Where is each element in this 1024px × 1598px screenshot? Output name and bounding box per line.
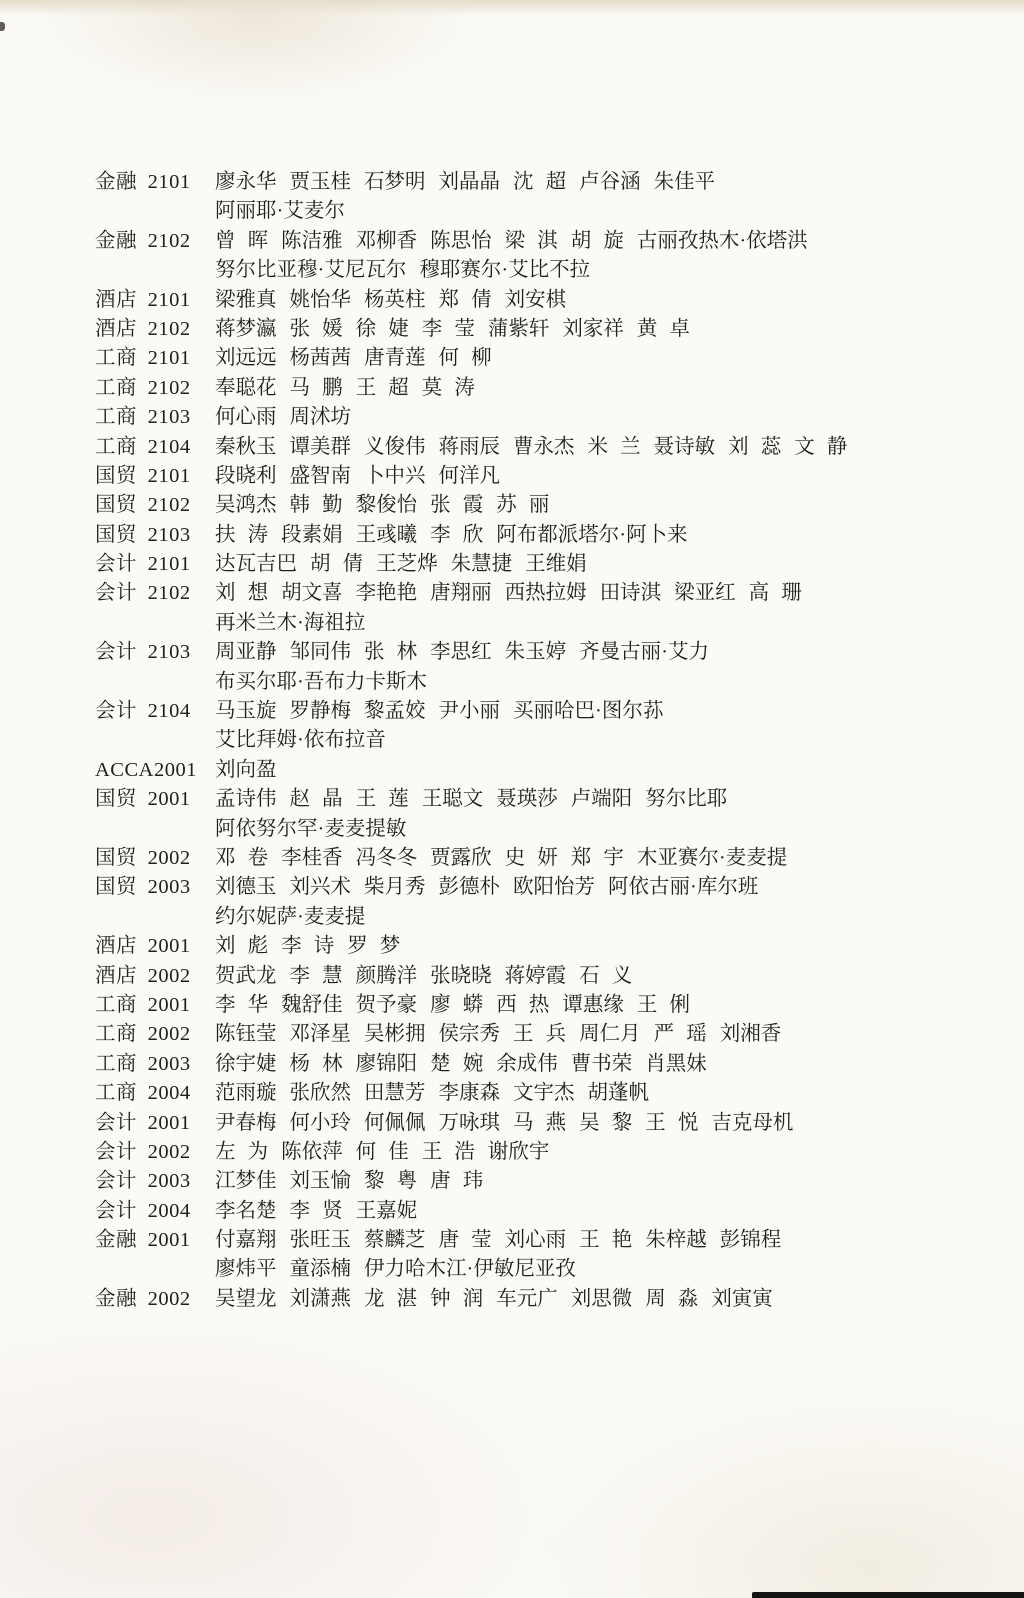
student-name: 石梦明 <box>364 171 426 193</box>
student-names: 阿依努尔罕·麦麦提敏 <box>215 815 419 844</box>
student-name: 刘远远 <box>215 347 277 369</box>
student-name: 李思红 <box>430 641 492 663</box>
student-name: 刘 蕊 <box>728 436 781 458</box>
class-label: 会计 2002 <box>95 1138 215 1167</box>
student-name: 田诗淇 <box>600 582 662 604</box>
class-label: 工商 2001 <box>95 991 215 1020</box>
roster-line: 约尔妮萨·麦麦提 <box>95 903 1004 932</box>
student-name: 再米兰木·海祖拉 <box>215 612 365 634</box>
student-name: 马 燕 <box>513 1112 566 1134</box>
student-names: 约尔妮萨·麦麦提 <box>215 903 378 932</box>
student-name: 姚怡华 <box>290 289 352 311</box>
student-name: 谭惠缘 <box>562 994 624 1016</box>
student-names: 刘远远杨茜茜唐青莲何 柳 <box>215 344 505 373</box>
student-name: 冯冬冬 <box>356 847 418 869</box>
roster-line: 工商 2104 秦秋玉谭美群义俊伟蒋雨辰曹永杰米 兰聂诗敏刘 蕊文 静 <box>95 433 1004 462</box>
student-name: 周仁月 <box>579 1023 641 1045</box>
student-name: 马玉旋 <box>215 700 277 722</box>
student-names: 贺武龙李 慧颜腾洋张晓晓蒋婷霞石 义 <box>215 962 645 991</box>
student-name: 聂瑛莎 <box>496 788 558 810</box>
student-name: 卢端阳 <box>571 788 633 810</box>
class-label: 会计 2102 <box>95 579 215 608</box>
student-name: 刘湘香 <box>720 1023 782 1045</box>
student-name: 阿布都派塔尔·阿卜来 <box>496 524 687 546</box>
student-name: 陈思怡 <box>430 230 492 252</box>
roster-line: 酒店 2101 梁雅真姚怡华杨英柱郑 倩刘安棋 <box>95 286 1004 315</box>
roster-line: 努尔比亚穆·艾尼瓦尔穆耶赛尔·艾比不拉 <box>95 256 1004 285</box>
student-name: 田慧芳 <box>364 1082 426 1104</box>
student-name: 廖炜平 <box>215 1258 277 1280</box>
student-name: 吴望龙 <box>215 1288 277 1310</box>
student-name: 胡蓬帆 <box>588 1082 650 1104</box>
student-name: 刘潇燕 <box>290 1288 352 1310</box>
class-label: 金融 2101 <box>95 168 215 197</box>
student-name: 余成伟 <box>496 1053 558 1075</box>
class-label <box>95 256 215 285</box>
student-names: 刘向盈 <box>215 756 290 785</box>
scanned-page: 金融 2101 廖永华贾玉桂石梦明刘晶晶沈 超卢谷涵朱佳平 阿丽耶·艾麦尔 金融… <box>0 0 1024 1598</box>
student-names: 达瓦吉巴胡 倩王芝烨朱慧捷王维娟 <box>215 550 600 579</box>
class-roster-list: 金融 2101 廖永华贾玉桂石梦明刘晶晶沈 超卢谷涵朱佳平 阿丽耶·艾麦尔 金融… <box>95 168 1004 1314</box>
student-name: 刘寅寅 <box>711 1288 773 1310</box>
student-name: 廖锦阳 <box>356 1053 418 1075</box>
student-name: 义俊伟 <box>364 436 426 458</box>
student-name: 左 为 <box>215 1141 268 1163</box>
roster-line: 国贸 2002 邓 卷李桂香冯冬冬贾露欣史 妍郑 宇木亚赛尔·麦麦提 <box>95 844 1004 873</box>
student-name: 吴鸿杰 <box>215 494 277 516</box>
student-name: 陈依萍 <box>281 1141 343 1163</box>
student-name: 刘向盈 <box>215 759 277 781</box>
student-name: 肖黑妹 <box>645 1053 707 1075</box>
student-name: 木亚赛尔·麦麦提 <box>637 847 787 869</box>
student-name: 童添楠 <box>290 1258 352 1280</box>
student-names: 曾 晖陈洁雅邓柳香陈思怡梁 淇胡 旋古丽孜热木·依塔洪 <box>215 227 821 256</box>
student-name: 何小玲 <box>290 1112 352 1134</box>
roster-line: 金融 2001 付嘉翔张旺玉蔡麟芝唐 莹刘心雨王 艳朱梓越彭锦程 <box>95 1226 1004 1255</box>
roster-line: 会计 2102 刘 想胡文喜李艳艳唐翔丽西热拉姆田诗淇梁亚红高 珊 <box>95 579 1004 608</box>
student-name: 王嘉妮 <box>356 1200 418 1222</box>
student-name: 努尔比亚穆·艾尼瓦尔 <box>215 259 406 281</box>
student-names: 周亚静邹同伟张 林李思红朱玉婷齐曼古丽·艾力 <box>215 638 722 667</box>
class-label: 国贸 2002 <box>95 844 215 873</box>
student-name: 史 妍 <box>505 847 558 869</box>
student-name: 黎孟姣 <box>364 700 426 722</box>
student-name: 文 静 <box>794 436 847 458</box>
student-names: 布买尔耶·吾布力卡斯木 <box>215 668 440 697</box>
student-name: 柴月秀 <box>364 876 426 898</box>
roster-line: 艾比拜姆·依布拉音 <box>95 726 1004 755</box>
student-name: 唐青莲 <box>364 347 426 369</box>
roster-line: 酒店 2102 蒋梦瀛张 媛徐 婕李 莹蒲紫轩刘家祥黄 卓 <box>95 315 1004 344</box>
roster-line: 国贸 2102 吴鸿杰韩 勤黎俊怡张 霞苏 丽 <box>95 491 1004 520</box>
student-name: 唐 玮 <box>430 1170 483 1192</box>
student-name: 刘晶晶 <box>439 171 501 193</box>
class-label: 工商 2101 <box>95 344 215 373</box>
student-name: 布买尔耶·吾布力卡斯木 <box>215 671 427 693</box>
roster-line: 金融 2101 廖永华贾玉桂石梦明刘晶晶沈 超卢谷涵朱佳平 <box>95 168 1004 197</box>
student-name: 盛智南 <box>290 465 352 487</box>
student-name: 蒋雨辰 <box>439 436 501 458</box>
student-name: 吉克母机 <box>711 1112 793 1134</box>
student-name: 李桂香 <box>281 847 343 869</box>
class-label: 酒店 2001 <box>95 932 215 961</box>
student-name: 扶 涛 <box>215 524 268 546</box>
student-name: 邓泽星 <box>290 1023 352 1045</box>
scan-speck-artifact <box>0 22 5 31</box>
student-name: 贾玉桂 <box>290 171 352 193</box>
student-name: 朱玉婷 <box>505 641 567 663</box>
student-name: 阿依古丽·库尔班 <box>608 876 758 898</box>
student-name: 刘兴术 <box>290 876 352 898</box>
student-name: 朱佳平 <box>654 171 716 193</box>
class-label <box>95 726 215 755</box>
student-name: 廖 蟒 <box>430 994 483 1016</box>
student-name: 何 佳 <box>356 1141 409 1163</box>
class-label: 国贸 2001 <box>95 785 215 814</box>
student-name: 王维娟 <box>525 553 587 575</box>
roster-line: 工商 2102 奉聪花马 鹏王 超莫 涛 <box>95 374 1004 403</box>
roster-line: 会计 2001 尹春梅何小玲何佩佩万咏琪马 燕吴 黎王 悦吉克母机 <box>95 1109 1004 1138</box>
student-name: 彭锦程 <box>720 1229 782 1251</box>
student-name: 廖永华 <box>215 171 277 193</box>
student-name: 曾 晖 <box>215 230 268 252</box>
student-name: 王 莲 <box>356 788 409 810</box>
roster-line: 会计 2104 马玉旋罗静梅黎孟姣尹小丽买丽哈巴·图尔荪 <box>95 697 1004 726</box>
class-label: 国贸 2003 <box>95 873 215 902</box>
student-names: 廖永华贾玉桂石梦明刘晶晶沈 超卢谷涵朱佳平 <box>215 168 728 197</box>
student-name: 卢谷涵 <box>579 171 641 193</box>
class-label <box>95 668 215 697</box>
class-label: ACCA2001 <box>95 756 215 785</box>
roster-line: 廖炜平童添楠伊力哈木江·伊敏尼亚孜 <box>95 1255 1004 1284</box>
student-name: 苏 丽 <box>496 494 549 516</box>
student-name: 尹春梅 <box>215 1112 277 1134</box>
student-name: 莫 涛 <box>422 377 475 399</box>
student-name: 胡 旋 <box>571 230 624 252</box>
roster-line: 金融 2102 曾 晖陈洁雅邓柳香陈思怡梁 淇胡 旋古丽孜热木·依塔洪 <box>95 227 1004 256</box>
student-name: 努尔比耶 <box>645 788 727 810</box>
student-name: 刘安棋 <box>505 289 567 311</box>
student-name: 刘家祥 <box>562 318 624 340</box>
roster-line: 工商 2101 刘远远杨茜茜唐青莲何 柳 <box>95 344 1004 373</box>
student-names: 徐宇婕杨 林廖锦阳楚 婉余成伟曹书荣肖黑妹 <box>215 1050 720 1079</box>
student-name: 杨 林 <box>290 1053 343 1075</box>
roster-line: 工商 2002 陈钰莹邓泽星吴彬拥侯宗秀王 兵周仁月严 瑶刘湘香 <box>95 1020 1004 1049</box>
student-name: 刘德玉 <box>215 876 277 898</box>
student-names: 付嘉翔张旺玉蔡麟芝唐 莹刘心雨王 艳朱梓越彭锦程 <box>215 1226 794 1255</box>
class-label: 金融 2001 <box>95 1226 215 1255</box>
student-name: 吴 黎 <box>579 1112 632 1134</box>
student-names: 刘 想胡文喜李艳艳唐翔丽西热拉姆田诗淇梁亚红高 珊 <box>215 579 815 608</box>
roster-line: 国贸 2003 刘德玉刘兴术柴月秀彭德朴欧阳怡芳阿依古丽·库尔班 <box>95 873 1004 902</box>
student-name: 李 莹 <box>422 318 475 340</box>
student-name: 刘思微 <box>571 1288 633 1310</box>
roster-line: 工商 2001 李 华魏舒佳贺予豪廖 蟒西 热谭惠缘王 俐 <box>95 991 1004 1020</box>
student-name: 李艳艳 <box>356 582 418 604</box>
student-name: 沈 超 <box>513 171 566 193</box>
student-name: 伊力哈木江·伊敏尼亚孜 <box>364 1258 576 1280</box>
class-label: 会计 2004 <box>95 1197 215 1226</box>
class-label: 金融 2002 <box>95 1285 215 1314</box>
student-names: 阿丽耶·艾麦尔 <box>215 197 358 226</box>
student-name: 江梦佳 <box>215 1170 277 1192</box>
student-name: 胡 倩 <box>310 553 363 575</box>
student-name: 阿丽耶·艾麦尔 <box>215 200 345 222</box>
student-names: 何心雨周沭坊 <box>215 403 364 432</box>
roster-line: 会计 2004 李名楚李 贤王嘉妮 <box>95 1197 1004 1226</box>
student-name: 周亚静 <box>215 641 277 663</box>
student-name: 张旺玉 <box>290 1229 352 1251</box>
student-name: 侯宗秀 <box>439 1023 501 1045</box>
student-name: 胡文喜 <box>281 582 343 604</box>
class-label: 酒店 2102 <box>95 315 215 344</box>
student-name: 西 热 <box>496 994 549 1016</box>
student-name: 王 兵 <box>513 1023 566 1045</box>
roster-line: 会计 2103 周亚静邹同伟张 林李思红朱玉婷齐曼古丽·艾力 <box>95 638 1004 667</box>
student-name: 米 兰 <box>588 436 641 458</box>
class-label <box>95 1255 215 1284</box>
student-name: 李 诗 <box>281 935 334 957</box>
student-name: 古丽孜热木·依塔洪 <box>637 230 808 252</box>
roster-line: 工商 2004 范雨璇张欣然田慧芳李康森文宇杰胡蓬帆 <box>95 1079 1004 1108</box>
student-name: 王 艳 <box>579 1229 632 1251</box>
student-name: 王 俐 <box>637 994 690 1016</box>
student-name: 西热拉姆 <box>505 582 587 604</box>
roster-line: 阿丽耶·艾麦尔 <box>95 197 1004 226</box>
student-name: 陈洁雅 <box>281 230 343 252</box>
student-name: 穆耶赛尔·艾比不拉 <box>419 259 590 281</box>
student-name: 达瓦吉巴 <box>215 553 297 575</box>
student-names: 范雨璇张欣然田慧芳李康森文宇杰胡蓬帆 <box>215 1079 662 1108</box>
student-name: 赵 晶 <box>290 788 343 810</box>
class-label: 工商 2002 <box>95 1020 215 1049</box>
student-name: 梁雅真 <box>215 289 277 311</box>
roster-line: 工商 2003 徐宇婕杨 林廖锦阳楚 婉余成伟曹书荣肖黑妹 <box>95 1050 1004 1079</box>
student-names: 刘 彪李 诗罗 梦 <box>215 932 413 961</box>
student-name: 张 媛 <box>290 318 343 340</box>
student-name: 唐翔丽 <box>430 582 492 604</box>
class-label: 工商 2104 <box>95 433 215 462</box>
student-name: 何 柳 <box>439 347 492 369</box>
student-names: 马玉旋罗静梅黎孟姣尹小丽买丽哈巴·图尔荪 <box>215 697 676 726</box>
student-name: 颜腾洋 <box>356 965 418 987</box>
student-names: 尹春梅何小玲何佩佩万咏琪马 燕吴 黎王 悦吉克母机 <box>215 1109 806 1138</box>
student-name: 邹同伟 <box>290 641 352 663</box>
class-label: 会计 2104 <box>95 697 215 726</box>
student-name: 刘 彪 <box>215 935 268 957</box>
student-name: 唐 莹 <box>439 1229 492 1251</box>
student-name: 郑 宇 <box>571 847 624 869</box>
student-name: 艾比拜姆·依布拉音 <box>215 729 386 751</box>
student-name: 周 淼 <box>645 1288 698 1310</box>
student-name: 买丽哈巴·图尔荪 <box>513 700 663 722</box>
roster-line: 酒店 2002 贺武龙李 慧颜腾洋张晓晓蒋婷霞石 义 <box>95 962 1004 991</box>
student-name: 王 超 <box>356 377 409 399</box>
student-name: 王芝烨 <box>376 553 438 575</box>
student-name: 付嘉翔 <box>215 1229 277 1251</box>
class-label: 工商 2103 <box>95 403 215 432</box>
student-name: 李 欣 <box>430 524 483 546</box>
student-name: 罗 梦 <box>347 935 400 957</box>
student-name: 贾露欣 <box>430 847 492 869</box>
student-names: 梁雅真姚怡华杨英柱郑 倩刘安棋 <box>215 286 579 315</box>
roster-line: 会计 2002 左 为陈依萍何 佳王 浩谢欣宇 <box>95 1138 1004 1167</box>
student-name: 贺武龙 <box>215 965 277 987</box>
class-label <box>95 815 215 844</box>
roster-line: 国贸 2103 扶 涛段素娟王彧曦李 欣阿布都派塔尔·阿卜来 <box>95 521 1004 550</box>
student-name: 郑 倩 <box>439 289 492 311</box>
student-name: 梁亚红 <box>674 582 736 604</box>
student-names: 孟诗伟赵 晶王 莲王聪文聂瑛莎卢端阳努尔比耶 <box>215 785 740 814</box>
class-label: 国贸 2103 <box>95 521 215 550</box>
student-names: 李名楚李 贤王嘉妮 <box>215 1197 430 1226</box>
student-name: 魏舒佳 <box>281 994 343 1016</box>
roster-line: 工商 2103 何心雨周沭坊 <box>95 403 1004 432</box>
class-label: 会计 2001 <box>95 1109 215 1138</box>
student-name: 约尔妮萨·麦麦提 <box>215 906 365 928</box>
student-name: 黎俊怡 <box>356 494 418 516</box>
student-names: 廖炜平童添楠伊力哈木江·伊敏尼亚孜 <box>215 1255 589 1284</box>
student-names: 陈钰莹邓泽星吴彬拥侯宗秀王 兵周仁月严 瑶刘湘香 <box>215 1020 794 1049</box>
class-label: 酒店 2002 <box>95 962 215 991</box>
student-name: 龙 湛 <box>364 1288 417 1310</box>
student-name: 范雨璇 <box>215 1082 277 1104</box>
student-name: 杨英柱 <box>364 289 426 311</box>
student-name: 蒋梦瀛 <box>215 318 277 340</box>
student-names: 江梦佳刘玉愉黎 粤唐 玮 <box>215 1167 496 1196</box>
student-name: 李 慧 <box>290 965 343 987</box>
student-name: 孟诗伟 <box>215 788 277 810</box>
student-name: 秦秋玉 <box>215 436 277 458</box>
student-name: 王彧曦 <box>356 524 418 546</box>
student-names: 努尔比亚穆·艾尼瓦尔穆耶赛尔·艾比不拉 <box>215 256 603 285</box>
class-label: 会计 2103 <box>95 638 215 667</box>
student-name: 李 华 <box>215 994 268 1016</box>
student-name: 石 义 <box>579 965 632 987</box>
student-name: 钟 润 <box>430 1288 483 1310</box>
roster-line: 国贸 2101 段晓利盛智南卜中兴何洋凡 <box>95 462 1004 491</box>
student-name: 朱慧捷 <box>451 553 513 575</box>
student-names: 刘德玉刘兴术柴月秀彭德朴欧阳怡芳阿依古丽·库尔班 <box>215 873 771 902</box>
class-label <box>95 197 215 226</box>
student-name: 楚 婉 <box>430 1053 483 1075</box>
class-label <box>95 609 215 638</box>
class-label <box>95 903 215 932</box>
student-name: 吴彬拥 <box>364 1023 426 1045</box>
student-name: 严 瑶 <box>654 1023 707 1045</box>
student-name: 段素娟 <box>281 524 343 546</box>
student-name: 曹永杰 <box>513 436 575 458</box>
student-name: 刘 想 <box>215 582 268 604</box>
student-names: 吴望龙刘潇燕龙 湛钟 润车元广刘思微周 淼刘寅寅 <box>215 1285 786 1314</box>
student-name: 罗静梅 <box>290 700 352 722</box>
student-name: 周沭坊 <box>290 406 352 428</box>
class-label: 国贸 2101 <box>95 462 215 491</box>
student-name: 王 悦 <box>645 1112 698 1134</box>
roster-line: 国贸 2001 孟诗伟赵 晶王 莲王聪文聂瑛莎卢端阳努尔比耶 <box>95 785 1004 814</box>
student-name: 刘心雨 <box>505 1229 567 1251</box>
student-names: 再米兰木·海祖拉 <box>215 609 378 638</box>
class-label: 工商 2003 <box>95 1050 215 1079</box>
student-name: 韩 勤 <box>290 494 343 516</box>
class-label: 工商 2102 <box>95 374 215 403</box>
student-names: 吴鸿杰韩 勤黎俊怡张 霞苏 丽 <box>215 491 562 520</box>
student-name: 谢欣宇 <box>488 1141 550 1163</box>
student-name: 梁 淇 <box>505 230 558 252</box>
student-name: 李 贤 <box>290 1200 343 1222</box>
student-name: 黄 卓 <box>637 318 690 340</box>
student-name: 阿依努尔罕·麦麦提敏 <box>215 818 406 840</box>
class-label: 酒店 2101 <box>95 286 215 315</box>
student-name: 谭美群 <box>290 436 352 458</box>
student-name: 张 霞 <box>430 494 483 516</box>
student-name: 段晓利 <box>215 465 277 487</box>
student-name: 邓柳香 <box>356 230 418 252</box>
student-name: 何佩佩 <box>364 1112 426 1134</box>
class-label: 工商 2004 <box>95 1079 215 1108</box>
student-names: 李 华魏舒佳贺予豪廖 蟒西 热谭惠缘王 俐 <box>215 991 703 1020</box>
roster-line: 阿依努尔罕·麦麦提敏 <box>95 815 1004 844</box>
student-name: 蔡麟芝 <box>364 1229 426 1251</box>
student-names: 扶 涛段素娟王彧曦李 欣阿布都派塔尔·阿卜来 <box>215 521 701 550</box>
student-names: 艾比拜姆·依布拉音 <box>215 726 399 755</box>
roster-line: 金融 2002 吴望龙刘潇燕龙 湛钟 润车元广刘思微周 淼刘寅寅 <box>95 1285 1004 1314</box>
student-name: 张欣然 <box>290 1082 352 1104</box>
class-label: 会计 2003 <box>95 1167 215 1196</box>
student-names: 左 为陈依萍何 佳王 浩谢欣宇 <box>215 1138 562 1167</box>
student-name: 陈钰莹 <box>215 1023 277 1045</box>
student-name: 蒲紫轩 <box>488 318 550 340</box>
roster-line: ACCA2001 刘向盈 <box>95 756 1004 785</box>
student-name: 黎 粤 <box>364 1170 417 1192</box>
student-name: 尹小丽 <box>439 700 501 722</box>
student-names: 邓 卷李桂香冯冬冬贾露欣史 妍郑 宇木亚赛尔·麦麦提 <box>215 844 800 873</box>
student-name: 邓 卷 <box>215 847 268 869</box>
student-name: 李康森 <box>439 1082 501 1104</box>
student-name: 徐宇婕 <box>215 1053 277 1075</box>
roster-line: 会计 2101 达瓦吉巴胡 倩王芝烨朱慧捷王维娟 <box>95 550 1004 579</box>
student-name: 齐曼古丽·艾力 <box>579 641 709 663</box>
student-name: 蒋婷霞 <box>505 965 567 987</box>
student-name: 高 珊 <box>749 582 802 604</box>
student-name: 刘玉愉 <box>290 1170 352 1192</box>
student-name: 奉聪花 <box>215 377 277 399</box>
student-name: 曹书荣 <box>571 1053 633 1075</box>
student-name: 贺予豪 <box>356 994 418 1016</box>
roster-line: 布买尔耶·吾布力卡斯木 <box>95 668 1004 697</box>
roster-line: 会计 2003 江梦佳刘玉愉黎 粤唐 玮 <box>95 1167 1004 1196</box>
student-name: 张晓晓 <box>430 965 492 987</box>
class-label: 会计 2101 <box>95 550 215 579</box>
student-name: 徐 婕 <box>356 318 409 340</box>
class-label: 金融 2102 <box>95 227 215 256</box>
student-names: 蒋梦瀛张 媛徐 婕李 莹蒲紫轩刘家祥黄 卓 <box>215 315 703 344</box>
student-name: 万咏琪 <box>439 1112 501 1134</box>
student-name: 欧阳怡芳 <box>513 876 595 898</box>
scan-edge-artifact-bar <box>752 1592 1024 1598</box>
roster-line: 再米兰木·海祖拉 <box>95 609 1004 638</box>
student-name: 王 浩 <box>422 1141 475 1163</box>
student-name: 王聪文 <box>422 788 484 810</box>
class-label: 国贸 2102 <box>95 491 215 520</box>
student-names: 秦秋玉谭美群义俊伟蒋雨辰曹永杰米 兰聂诗敏刘 蕊文 静 <box>215 433 860 462</box>
student-name: 车元广 <box>496 1288 558 1310</box>
student-name: 马 鹏 <box>290 377 343 399</box>
student-name: 聂诗敏 <box>654 436 716 458</box>
student-names: 段晓利盛智南卜中兴何洋凡 <box>215 462 513 491</box>
student-name: 卜中兴 <box>364 465 426 487</box>
student-name: 何洋凡 <box>439 465 501 487</box>
